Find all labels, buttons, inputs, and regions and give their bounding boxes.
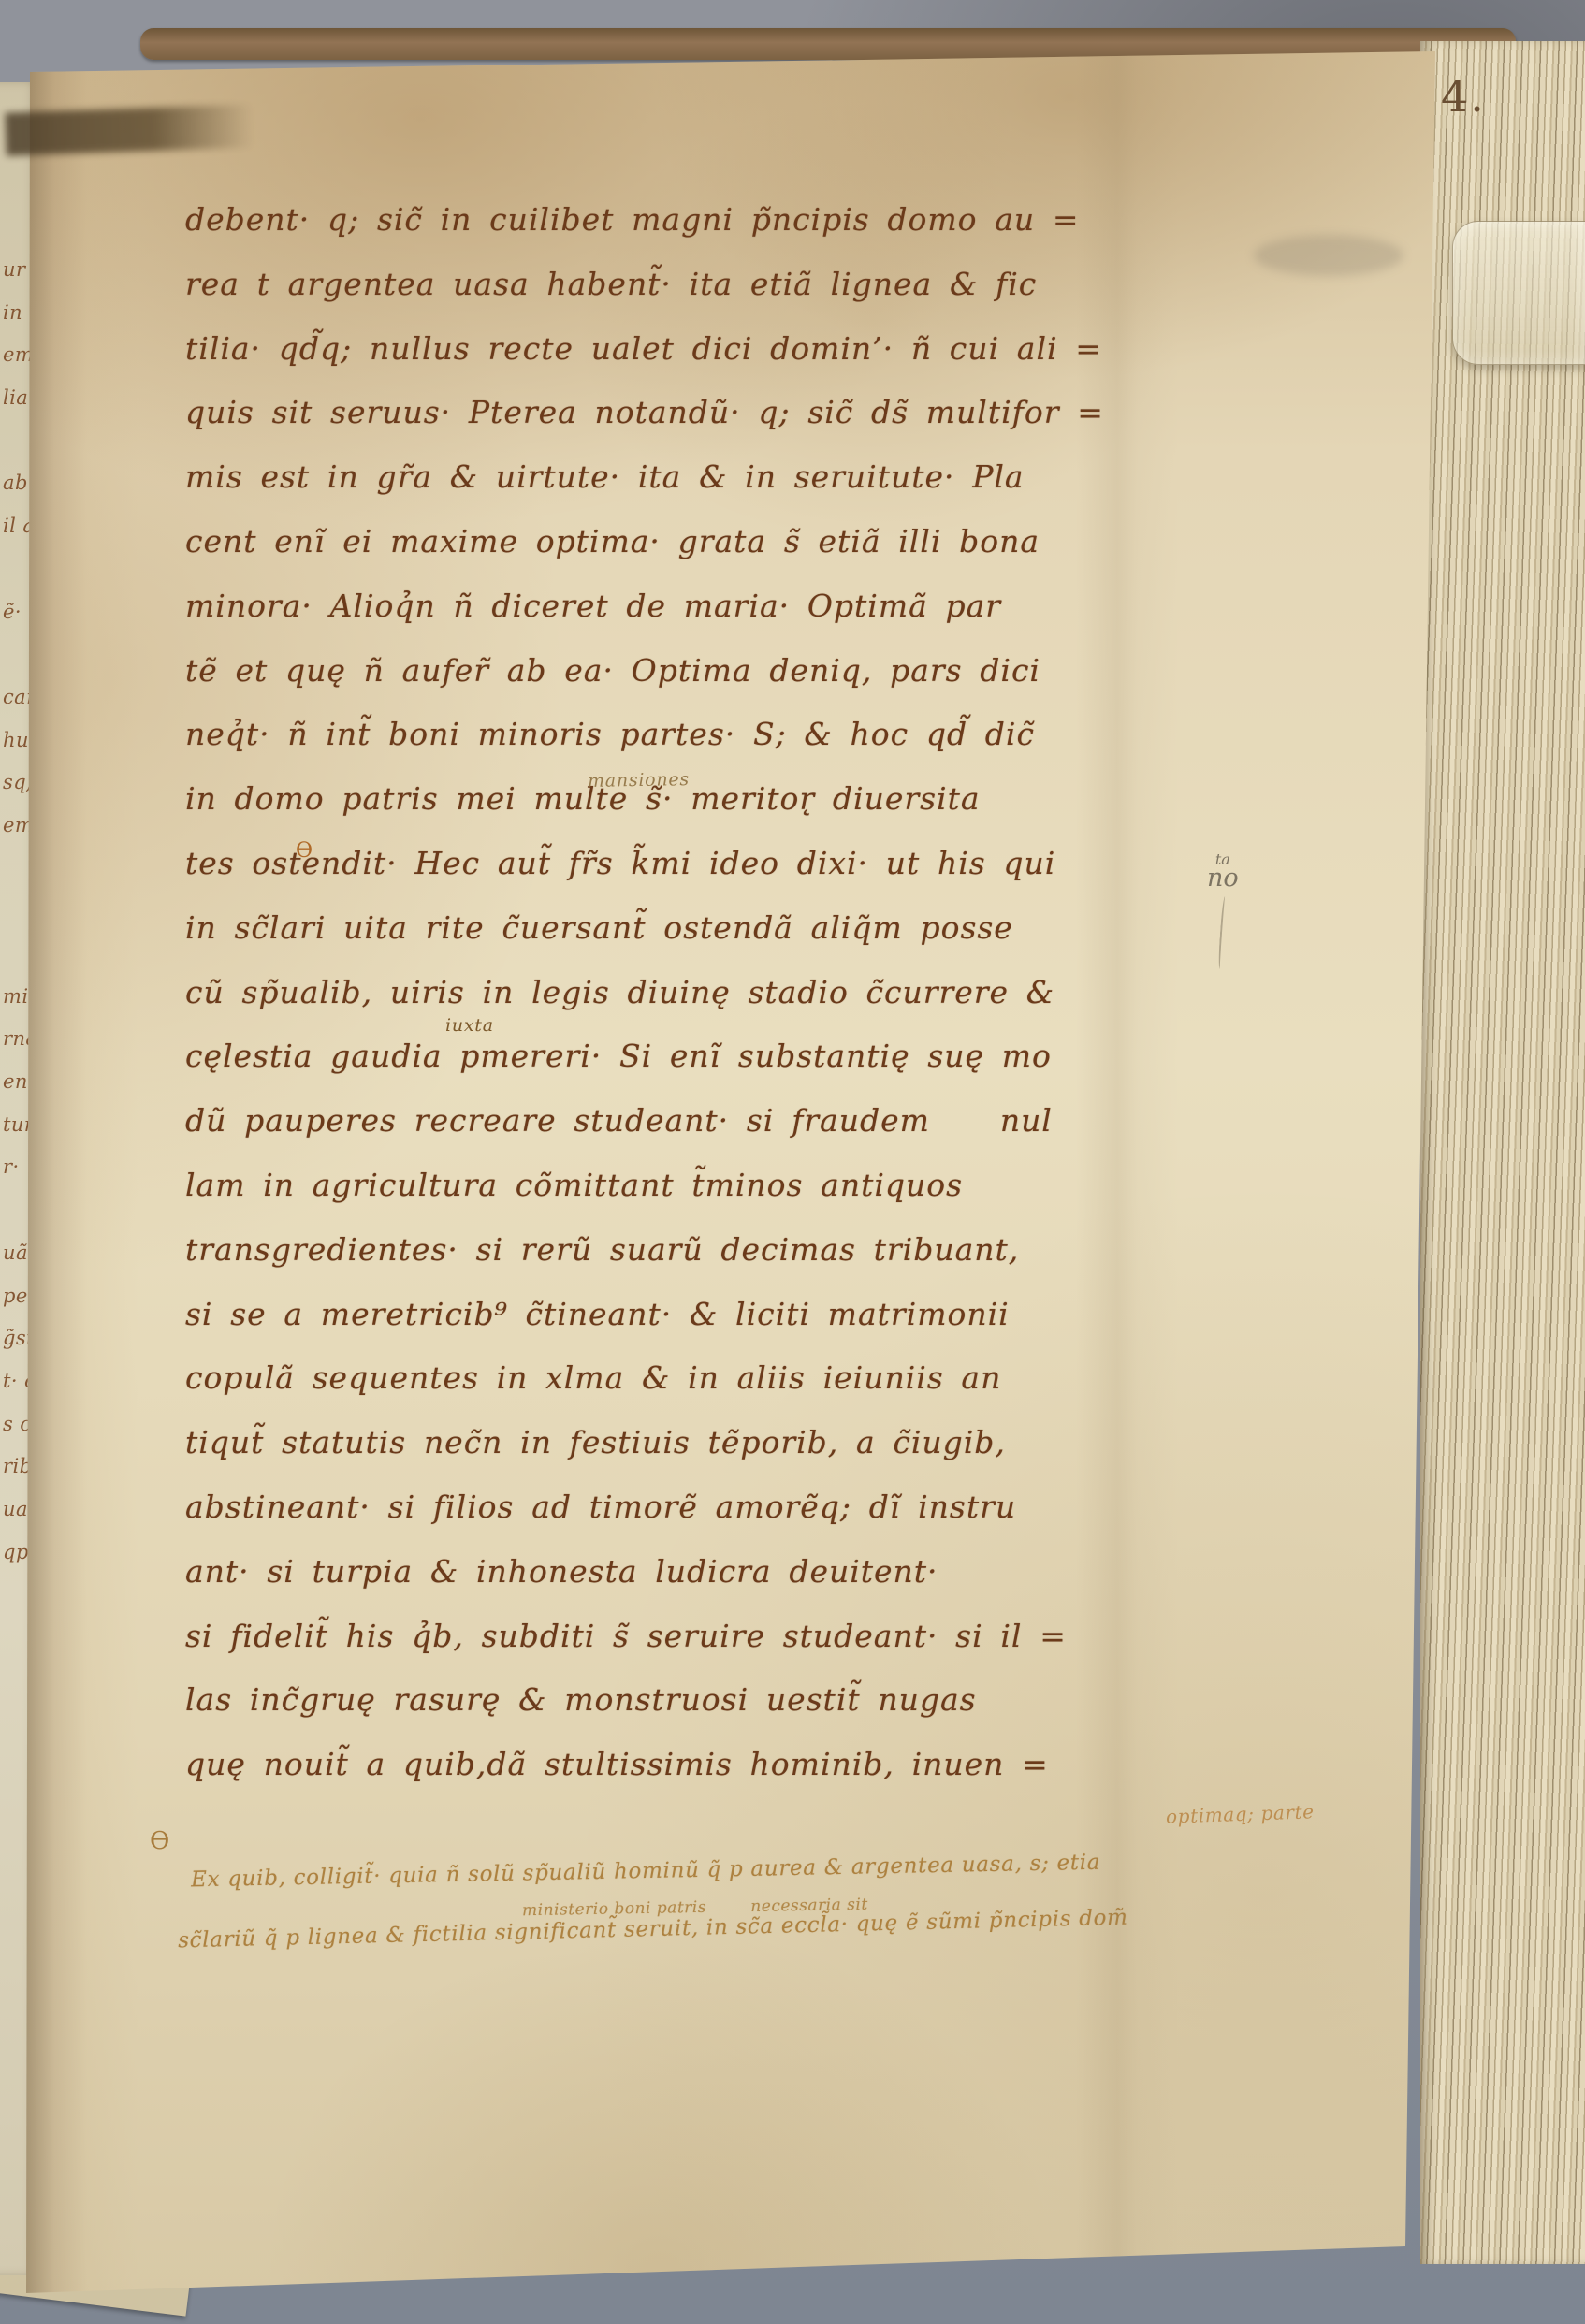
manuscript-line: tiqut̃ statutis nec̃n in festiuis tẽpori… [185,1411,1289,1475]
manuscript-line: cęlestia gaudia pmereri· Si enĩ substant… [185,1024,1289,1089]
manuscript-line: in sc̃lari uita rite c̃uersant̃ ostendã … [185,896,1289,961]
nota-squiggle-line [1218,896,1228,969]
manuscript-line: dũ pauperes recreare studeant· si fraude… [185,1089,1289,1154]
manuscript-line: rea t argentea uasa habent̃· ita etiã li… [185,253,1289,317]
correction-mark-line10: ϴ [296,839,313,863]
manuscript-photo: urinemliaabil aliẽ· qucarhumsq;uremominę… [0,0,1585,2324]
manuscript-line: minora· Alioq̉n ñ diceret de maria· Opti… [185,574,1289,639]
manuscript-line: si se a meretricib⁹ c̃tineant· & liciti … [185,1283,1289,1347]
page-stack-fore-edge [1420,41,1585,2264]
manuscript-line: abstineant· si filios ad timorẽ amorẽq; … [185,1475,1289,1540]
manuscript-line: las inc̃gruę rasurę & monstruosi uestit̃… [185,1668,1289,1733]
manuscript-line: tilia· qd̃q; nullus recte ualet dici dom… [185,317,1289,382]
manuscript-page: debent· q; sic̃ in cuilibet magni p̃ncip… [26,51,1435,2293]
interlinear-gloss-iuxta: iuxta [445,1015,494,1036]
vellum-bookmark-tab [1452,221,1585,365]
manuscript-line: mis est in gr̃a & uirtute· ita & in seru… [185,445,1289,510]
manuscript-line: quę nouit̃ a quib,dã stultissimis homini… [185,1733,1289,1797]
manuscript-line: neq̉t· ñ int̃ boni minoris partes· S; & … [185,703,1289,767]
manuscript-line: ant· si turpia & inhonesta ludicra deuit… [185,1540,1289,1605]
nota-abbreviation: no [1207,864,1239,893]
main-text-block: debent· q; sic̃ in cuilibet magni p̃ncip… [185,188,1289,1797]
page-number: 4. [1441,71,1486,122]
damaged-page-corner [5,104,254,155]
margin-note-nota: tano [1207,852,1239,969]
footnote-line-1: Ex quib, colligit̃· quia ñ solũ sp̃ualiũ… [191,1851,1101,1893]
manuscript-line: tes ostendit· Hec aut̃ fr̃s k̃mi ideo di… [185,832,1289,896]
footnote-reference-mark: ϴ [150,1827,169,1855]
manuscript-line: copulã sequentes in xlma & in aliis ieiu… [185,1346,1289,1411]
manuscript-line: debent· q; sic̃ in cuilibet magni p̃ncip… [185,188,1289,253]
manuscript-line: cent enĩ ei maxime optima· grata s̃ etiã… [185,510,1289,574]
margin-note-optima: optimaq; parte [1166,1800,1315,1828]
manuscript-line: transgredientes· si rerũ suarũ decimas t… [185,1218,1289,1283]
manuscript-line: cũ sp̃ualib, uiris in legis diuinę stadi… [185,961,1289,1025]
manuscript-line: tẽ et quę ñ aufer̃ ab ea· Optima deniq, … [185,639,1289,704]
manuscript-line: quis sit seruus· Pterea notandũ· q; sic̃… [185,381,1289,445]
manuscript-line: si fidelit̃ his q̉b, subditi s̃ seruire … [185,1605,1289,1669]
manuscript-line: in domo patris mei multe s̃· meritor̨ di… [185,767,1289,832]
manuscript-line: lam in agricultura cõmittant t̃minos ant… [185,1154,1289,1218]
interlinear-gloss-mansiones: mansiones [588,769,690,792]
